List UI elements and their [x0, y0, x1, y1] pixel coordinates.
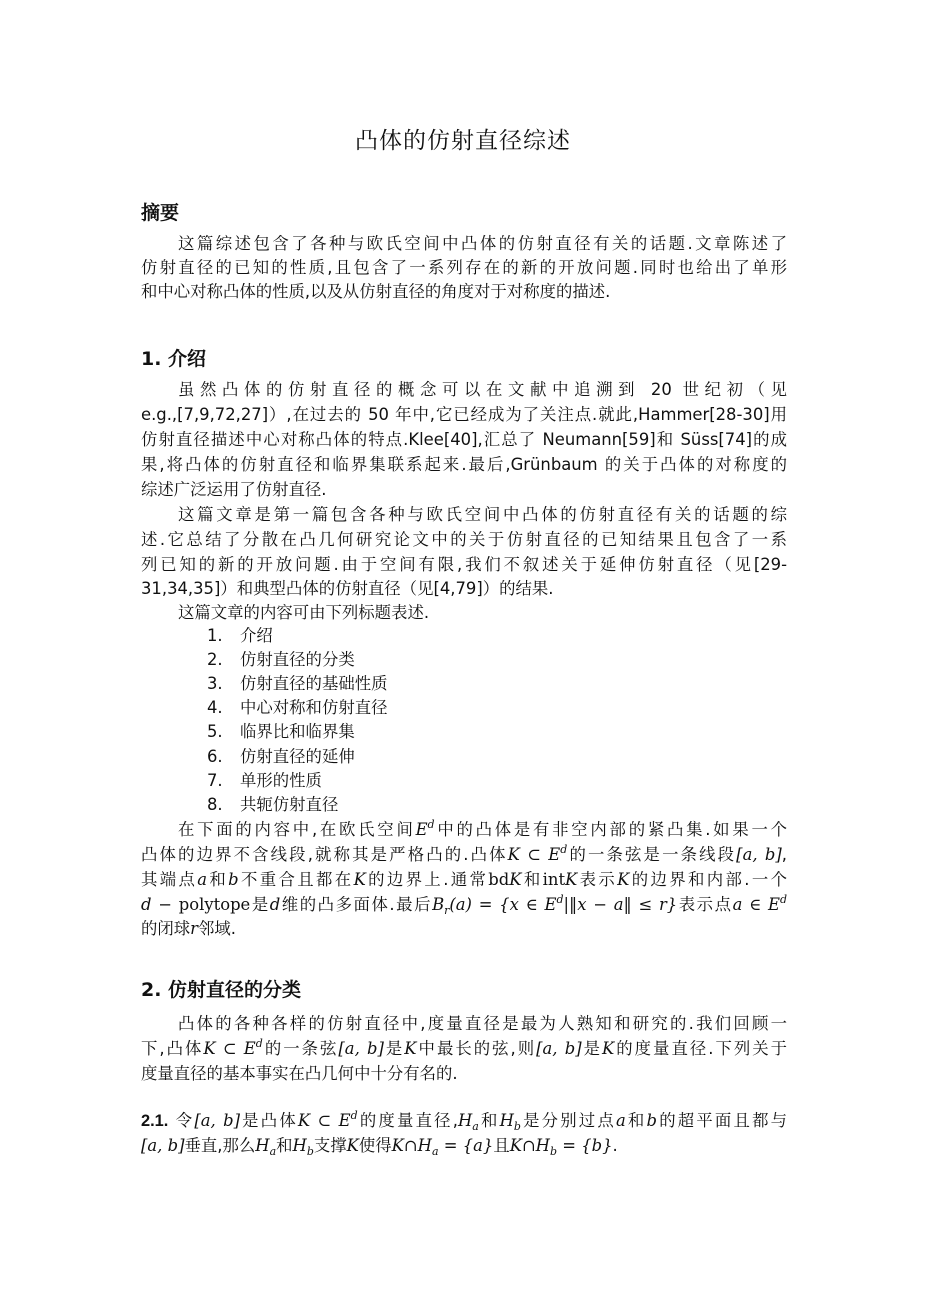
toc-item: 8.共轭仿射直径 [207, 793, 338, 817]
paragraph-line: 下,凸体K ⊂ Ed的一条弦[a, b]是K中最长的弦,则[a, b]是K的度量… [141, 1037, 787, 1061]
toc-item: 5.临界比和临界集 [207, 720, 355, 744]
proposition-2-1: 2.1. 令[a, b]是凸体K ⊂ Ed的度量直径,Ha和Hb是分别过点a和b… [141, 1109, 787, 1133]
section-1-heading: 1. 介绍 [141, 344, 206, 371]
abstract-line: 仿射直径的已知的性质,且包含了一系列存在的新的开放问题.同时也给出了单形 [141, 256, 787, 280]
paragraph-line: 其端点a和b不重合且都在K的边界上.通常bdK和intK表示K的边界和内部.一个 [141, 868, 787, 892]
toc-item: 4.中心对称和仿射直径 [207, 696, 388, 720]
proposition-label: 2.1. [141, 1112, 168, 1130]
toc-item: 1.介绍 [207, 624, 273, 648]
paragraph-line: 凸体的边界不含线段,就称其是严格凸的.凸体K ⊂ Ed的一条弦是一条线段[a, … [141, 843, 787, 867]
paragraph-line: 虽然凸体的仿射直径的概念可以在文献中追溯到 20 世纪初（见 [178, 378, 787, 402]
abstract-line: 和中心对称凸体的性质,以及从仿射直径的角度对于对称度的描述. [141, 280, 787, 304]
paragraph-line: 仿射直径描述中心对称凸体的特点.Klee[40],汇总了 Neumann[59]… [141, 428, 787, 452]
abstract-line: 这篇综述包含了各种与欧氏空间中凸体的仿射直径有关的话题.文章陈述了 [178, 232, 787, 256]
toc-item: 3.仿射直径的基础性质 [207, 672, 388, 696]
paragraph-line: 果,将凸体的仿射直径和临界集联系起来.最后,Grünbaum 的关于凸体的对称度… [141, 453, 787, 477]
paragraph-line: 这篇文章的内容可由下列标题表述. [178, 601, 787, 625]
paragraph-line: 综述广泛运用了仿射直径. [141, 478, 787, 502]
toc-item: 2.仿射直径的分类 [207, 648, 355, 672]
paragraph-line: 度量直径的基本事实在凸几何中十分有名的. [141, 1062, 787, 1086]
paragraph-line: 的闭球r邻域. [141, 917, 787, 941]
paragraph-line: 列已知的新的开放问题.由于空间有限,我们不叙述关于延伸仿射直径（见[29- [141, 553, 787, 577]
document-title: 凸体的仿射直径综述 [0, 122, 926, 155]
paragraph-line: d − polytope是d维的凸多面体.最后Br(a) = {x ∈ Ed|‖… [141, 893, 787, 917]
toc-item: 6.仿射直径的延伸 [207, 745, 355, 769]
document-page: 凸体的仿射直径综述 摘要 这篇综述包含了各种与欧氏空间中凸体的仿射直径有关的话题… [0, 0, 926, 1309]
section-2-heading: 2. 仿射直径的分类 [141, 975, 301, 1002]
toc-item: 7.单形的性质 [207, 769, 322, 793]
paragraph-line: 凸体的各种各样的仿射直径中,度量直径是最为人熟知和研究的.我们回顾一 [178, 1012, 787, 1036]
paragraph-line: e.g.,[7,9,72,27]）,在过去的 50 年中,它已经成为了关注点.就… [141, 403, 787, 427]
proposition-2-1-line: [a, b]垂直,那么Ha和Hb支撑K使得K∩Ha = {a}且K∩Hb = {… [141, 1134, 787, 1158]
paragraph-line: 这篇文章是第一篇包含各种与欧氏空间中凸体的仿射直径有关的话题的综 [178, 503, 787, 527]
paragraph-line: 在下面的内容中,在欧氏空间Ed中的凸体是有非空内部的紧凸集.如果一个 [178, 818, 787, 842]
paragraph-line: 31,34,35]）和典型凸体的仿射直径（见[4,79]）的结果. [141, 577, 787, 601]
paragraph-line: 述.它总结了分散在凸几何研究论文中的关于仿射直径的已知结果且包含了一系 [141, 528, 787, 552]
abstract-heading: 摘要 [141, 198, 179, 225]
